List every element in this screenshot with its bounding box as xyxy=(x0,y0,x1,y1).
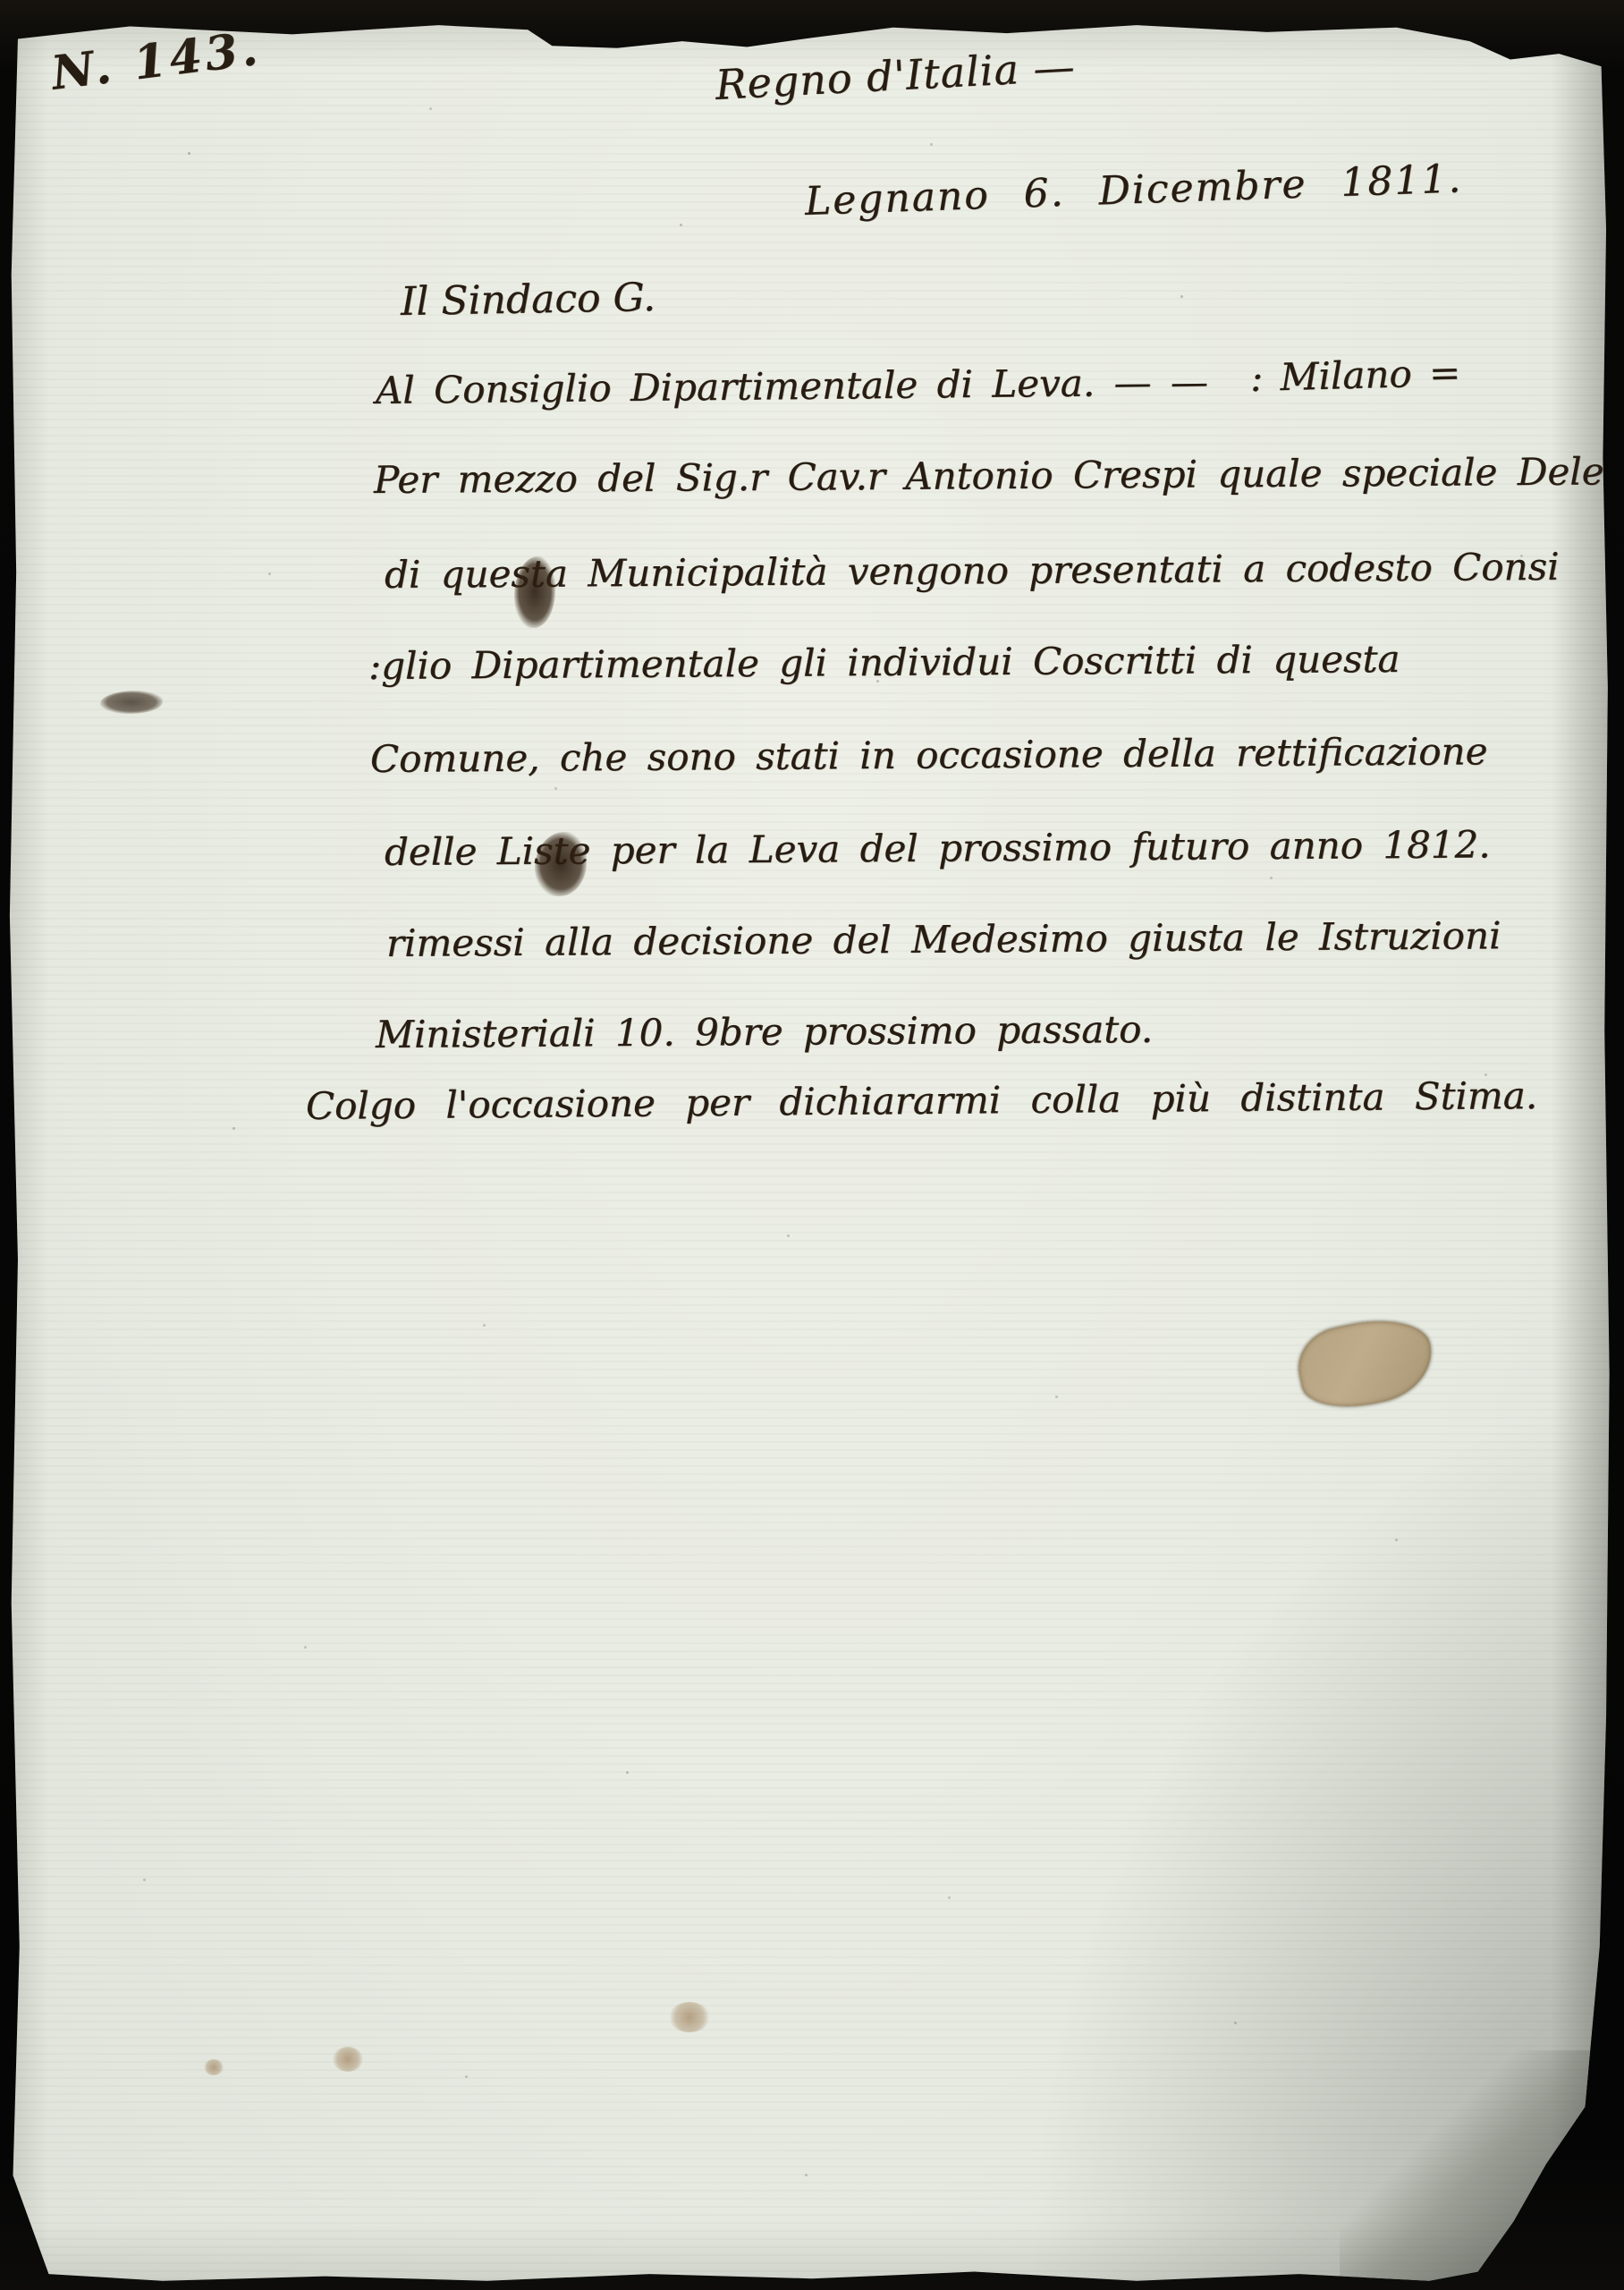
recipient-city: : Milano = xyxy=(1249,351,1460,400)
body-line: Ministeriali 10. 9bre prossimo passato. xyxy=(376,1007,1153,1056)
fox-spot xyxy=(669,2002,710,2032)
kingdom-title: Regno d'Italia — xyxy=(715,42,1077,109)
body-line: :glio Dipartimentale gli individui Coscr… xyxy=(368,637,1400,688)
sender-line: Il Sindaco G. xyxy=(401,275,656,325)
manuscript-paper-sheet: N. 143. Regno d'Italia — Legnano 6. Dice… xyxy=(0,0,1624,2290)
body-line: Per mezzo del Sig.r Cav.r Antonio Crespi… xyxy=(374,449,1624,502)
photo-backdrop: { "document": { "reference_number": "N. … xyxy=(0,0,1624,2290)
dateline: Legnano 6. Dicembre 1811. xyxy=(804,156,1463,225)
recipient-line: Al Consiglio Dipartimentale di Leva. — — xyxy=(376,360,1208,412)
paper-speckles xyxy=(0,0,3,3)
torn-corner xyxy=(1340,2050,1608,2283)
stain-tape-residue xyxy=(1291,1309,1440,1417)
fox-spot xyxy=(333,2047,363,2072)
fox-spot xyxy=(204,2059,224,2075)
paper-edge-shading xyxy=(0,0,1624,2290)
body-line: di questa Municipalità vengono presentat… xyxy=(385,545,1560,597)
reference-number: N. 143. xyxy=(48,21,264,101)
body-line: Comune, che sono stati in occasione dell… xyxy=(370,729,1488,781)
closing-line: Colgo l'occasione per dichiararmi colla … xyxy=(306,1073,1538,1128)
ink-smudge xyxy=(100,691,163,714)
body-line: rimessi alla decisione del Medesimo gius… xyxy=(386,913,1501,965)
